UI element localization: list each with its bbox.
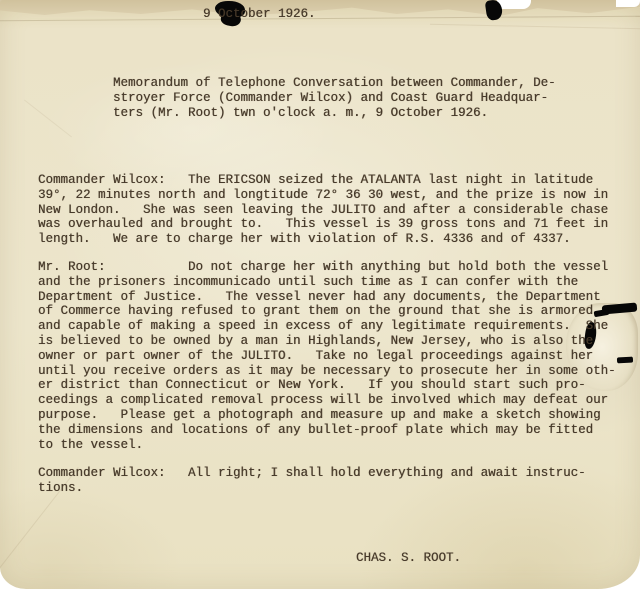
date-line-block: 9 October 1926. bbox=[203, 7, 316, 22]
memo-heading: Memorandum of Telephone Conversation bet… bbox=[113, 76, 556, 120]
text-line: 39°, 22 minutes north and longtitude 72°… bbox=[38, 188, 608, 203]
corner-crease bbox=[24, 100, 72, 138]
torn-edge-notch bbox=[616, 0, 640, 7]
signature-block: CHAS. S. ROOT. bbox=[356, 551, 461, 566]
paragraph-wilcox-closing: Commander Wilcox: All right; I shall hol… bbox=[38, 466, 586, 496]
text-line: and the prisoners incommunicado until su… bbox=[38, 275, 616, 290]
heading-line: ters (Mr. Root) twn o'clock a. m., 9 Oct… bbox=[113, 106, 556, 121]
fold-crease bbox=[0, 16, 640, 21]
paragraph-wilcox-statement: Commander Wilcox: The ERICSON seized the… bbox=[38, 173, 608, 247]
torn-edge-notch bbox=[497, 0, 531, 9]
text-line: is believed to be owned by a man in High… bbox=[38, 334, 616, 349]
text-line: Commander Wilcox: The ERICSON seized the… bbox=[38, 173, 608, 188]
text-line: ceedings a complicated removal process w… bbox=[38, 393, 616, 408]
paper-fold-band bbox=[0, 0, 640, 17]
fold-crease bbox=[430, 24, 640, 29]
signature-line: CHAS. S. ROOT. bbox=[356, 551, 461, 566]
text-line: New London. She was seen leaving the JUL… bbox=[38, 203, 608, 218]
text-line: Mr. Root: Do not charge her with anythin… bbox=[38, 260, 616, 275]
text-line: owner or part owner of the JULITO. Take … bbox=[38, 349, 616, 364]
text-line: purpose. Please get a photograph and mea… bbox=[38, 408, 616, 423]
text-line: of Commerce having refused to grant them… bbox=[38, 304, 616, 319]
text-line: the dimensions and locations of any bull… bbox=[38, 423, 616, 438]
paragraph-root-statement: Mr. Root: Do not charge her with anythin… bbox=[38, 260, 616, 452]
text-line: to the vessel. bbox=[38, 438, 616, 453]
text-line: er district than Connecticut or New York… bbox=[38, 378, 616, 393]
text-line: and capable of making a speed in excess … bbox=[38, 319, 616, 334]
date-line: 9 October 1926. bbox=[203, 7, 316, 22]
text-line: tions. bbox=[38, 481, 586, 496]
text-line: was overhauled and brought to. This vess… bbox=[38, 217, 608, 232]
ink-blot bbox=[617, 357, 633, 364]
heading-line: Memorandum of Telephone Conversation bet… bbox=[113, 76, 556, 91]
heading-line: stroyer Force (Commander Wilcox) and Coa… bbox=[113, 91, 556, 106]
text-line: Department of Justice. The vessel never … bbox=[38, 290, 616, 305]
text-line: until you receive orders as it may be ne… bbox=[38, 364, 616, 379]
text-line: length. We are to charge her with violat… bbox=[38, 232, 608, 247]
text-line: Commander Wilcox: All right; I shall hol… bbox=[38, 466, 586, 481]
